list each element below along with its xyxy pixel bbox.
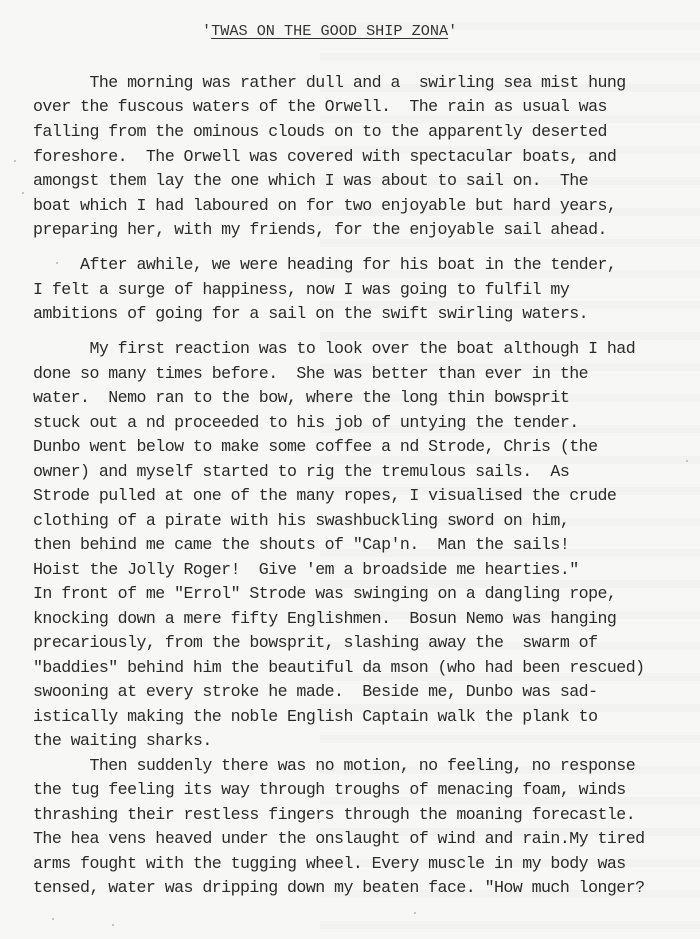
text-line: boat which I had laboured on for two enj… <box>33 196 616 215</box>
text-line: I felt a surge of happiness, now I was g… <box>33 280 569 299</box>
text-line: In front of me "Errol" Strode was swingi… <box>33 584 616 603</box>
text-line: arms fought with the tugging wheel. Ever… <box>33 854 626 873</box>
text-line: Hoist the Jolly Roger! Give 'em a broads… <box>33 560 579 579</box>
text-line: thrashing their restless fingers through… <box>33 805 635 824</box>
text-line: "baddies" behind him the beautiful da ms… <box>33 658 645 677</box>
text-line: swooning at every stroke he made. Beside… <box>33 682 597 701</box>
text-line: Then suddenly there was no motion, no fe… <box>33 756 635 775</box>
scan-speck <box>56 262 58 264</box>
text-line: preparing her, with my friends, for the … <box>33 220 607 239</box>
text-line: knocking down a mere fifty Englishmen. B… <box>33 609 616 628</box>
text-line: Dunbo went below to make some coffee a n… <box>33 437 597 456</box>
text-line: My first reaction was to look over the b… <box>33 339 635 358</box>
scan-speck <box>52 918 54 920</box>
document-title: 'TWAS ON THE GOOD SHIP ZONA' <box>202 22 457 40</box>
text-line: foreshore. The Orwell was covered with s… <box>33 147 616 166</box>
scan-speck <box>14 160 16 162</box>
title-close-quote: ' <box>448 22 457 40</box>
text-line: precariously, from the bowsprit, slashin… <box>33 633 597 652</box>
text-line: amongst them lay the one which I was abo… <box>33 171 588 190</box>
text-line: tensed, water was dripping down my beate… <box>33 878 645 897</box>
text-line: The hea vens heaved under the onslaught … <box>33 829 645 848</box>
text-line: The morning was rather dull and a swirli… <box>33 73 626 92</box>
text-line: istically making the noble English Capta… <box>33 707 597 726</box>
scan-speck <box>686 460 688 462</box>
text-line: water. Nemo ran to the bow, where the lo… <box>33 388 569 407</box>
text-line: done so many times before. She was bette… <box>33 364 588 383</box>
title-open-quote: ' <box>202 22 211 40</box>
text-line: owner) and myself started to rig the tre… <box>33 462 569 481</box>
title-text: TWAS ON THE GOOD SHIP ZONA <box>211 22 448 40</box>
scan-speck <box>112 924 114 926</box>
text-line: stuck out a nd proceeded to his job of u… <box>33 413 579 432</box>
text-line: ambitions of going for a sail on the swi… <box>33 304 588 323</box>
text-line: the waiting sharks. <box>33 731 212 750</box>
typewritten-page: 'TWAS ON THE GOOD SHIP ZONA' The morning… <box>0 0 700 939</box>
text-line: clothing of a pirate with his swashbuckl… <box>33 511 569 530</box>
text-line: the tug feeling its way through troughs … <box>33 780 626 799</box>
text-line: over the fuscous waters of the Orwell. T… <box>33 97 607 116</box>
scan-speck <box>414 912 416 914</box>
text-line: After awhile, we were heading for his bo… <box>33 255 616 274</box>
text-line: falling from the ominous clouds on to th… <box>33 122 607 141</box>
scan-speck <box>22 192 24 194</box>
text-line: Strode pulled at one of the many ropes, … <box>33 486 616 505</box>
text-line: then behind me came the shouts of "Cap'n… <box>33 535 569 554</box>
